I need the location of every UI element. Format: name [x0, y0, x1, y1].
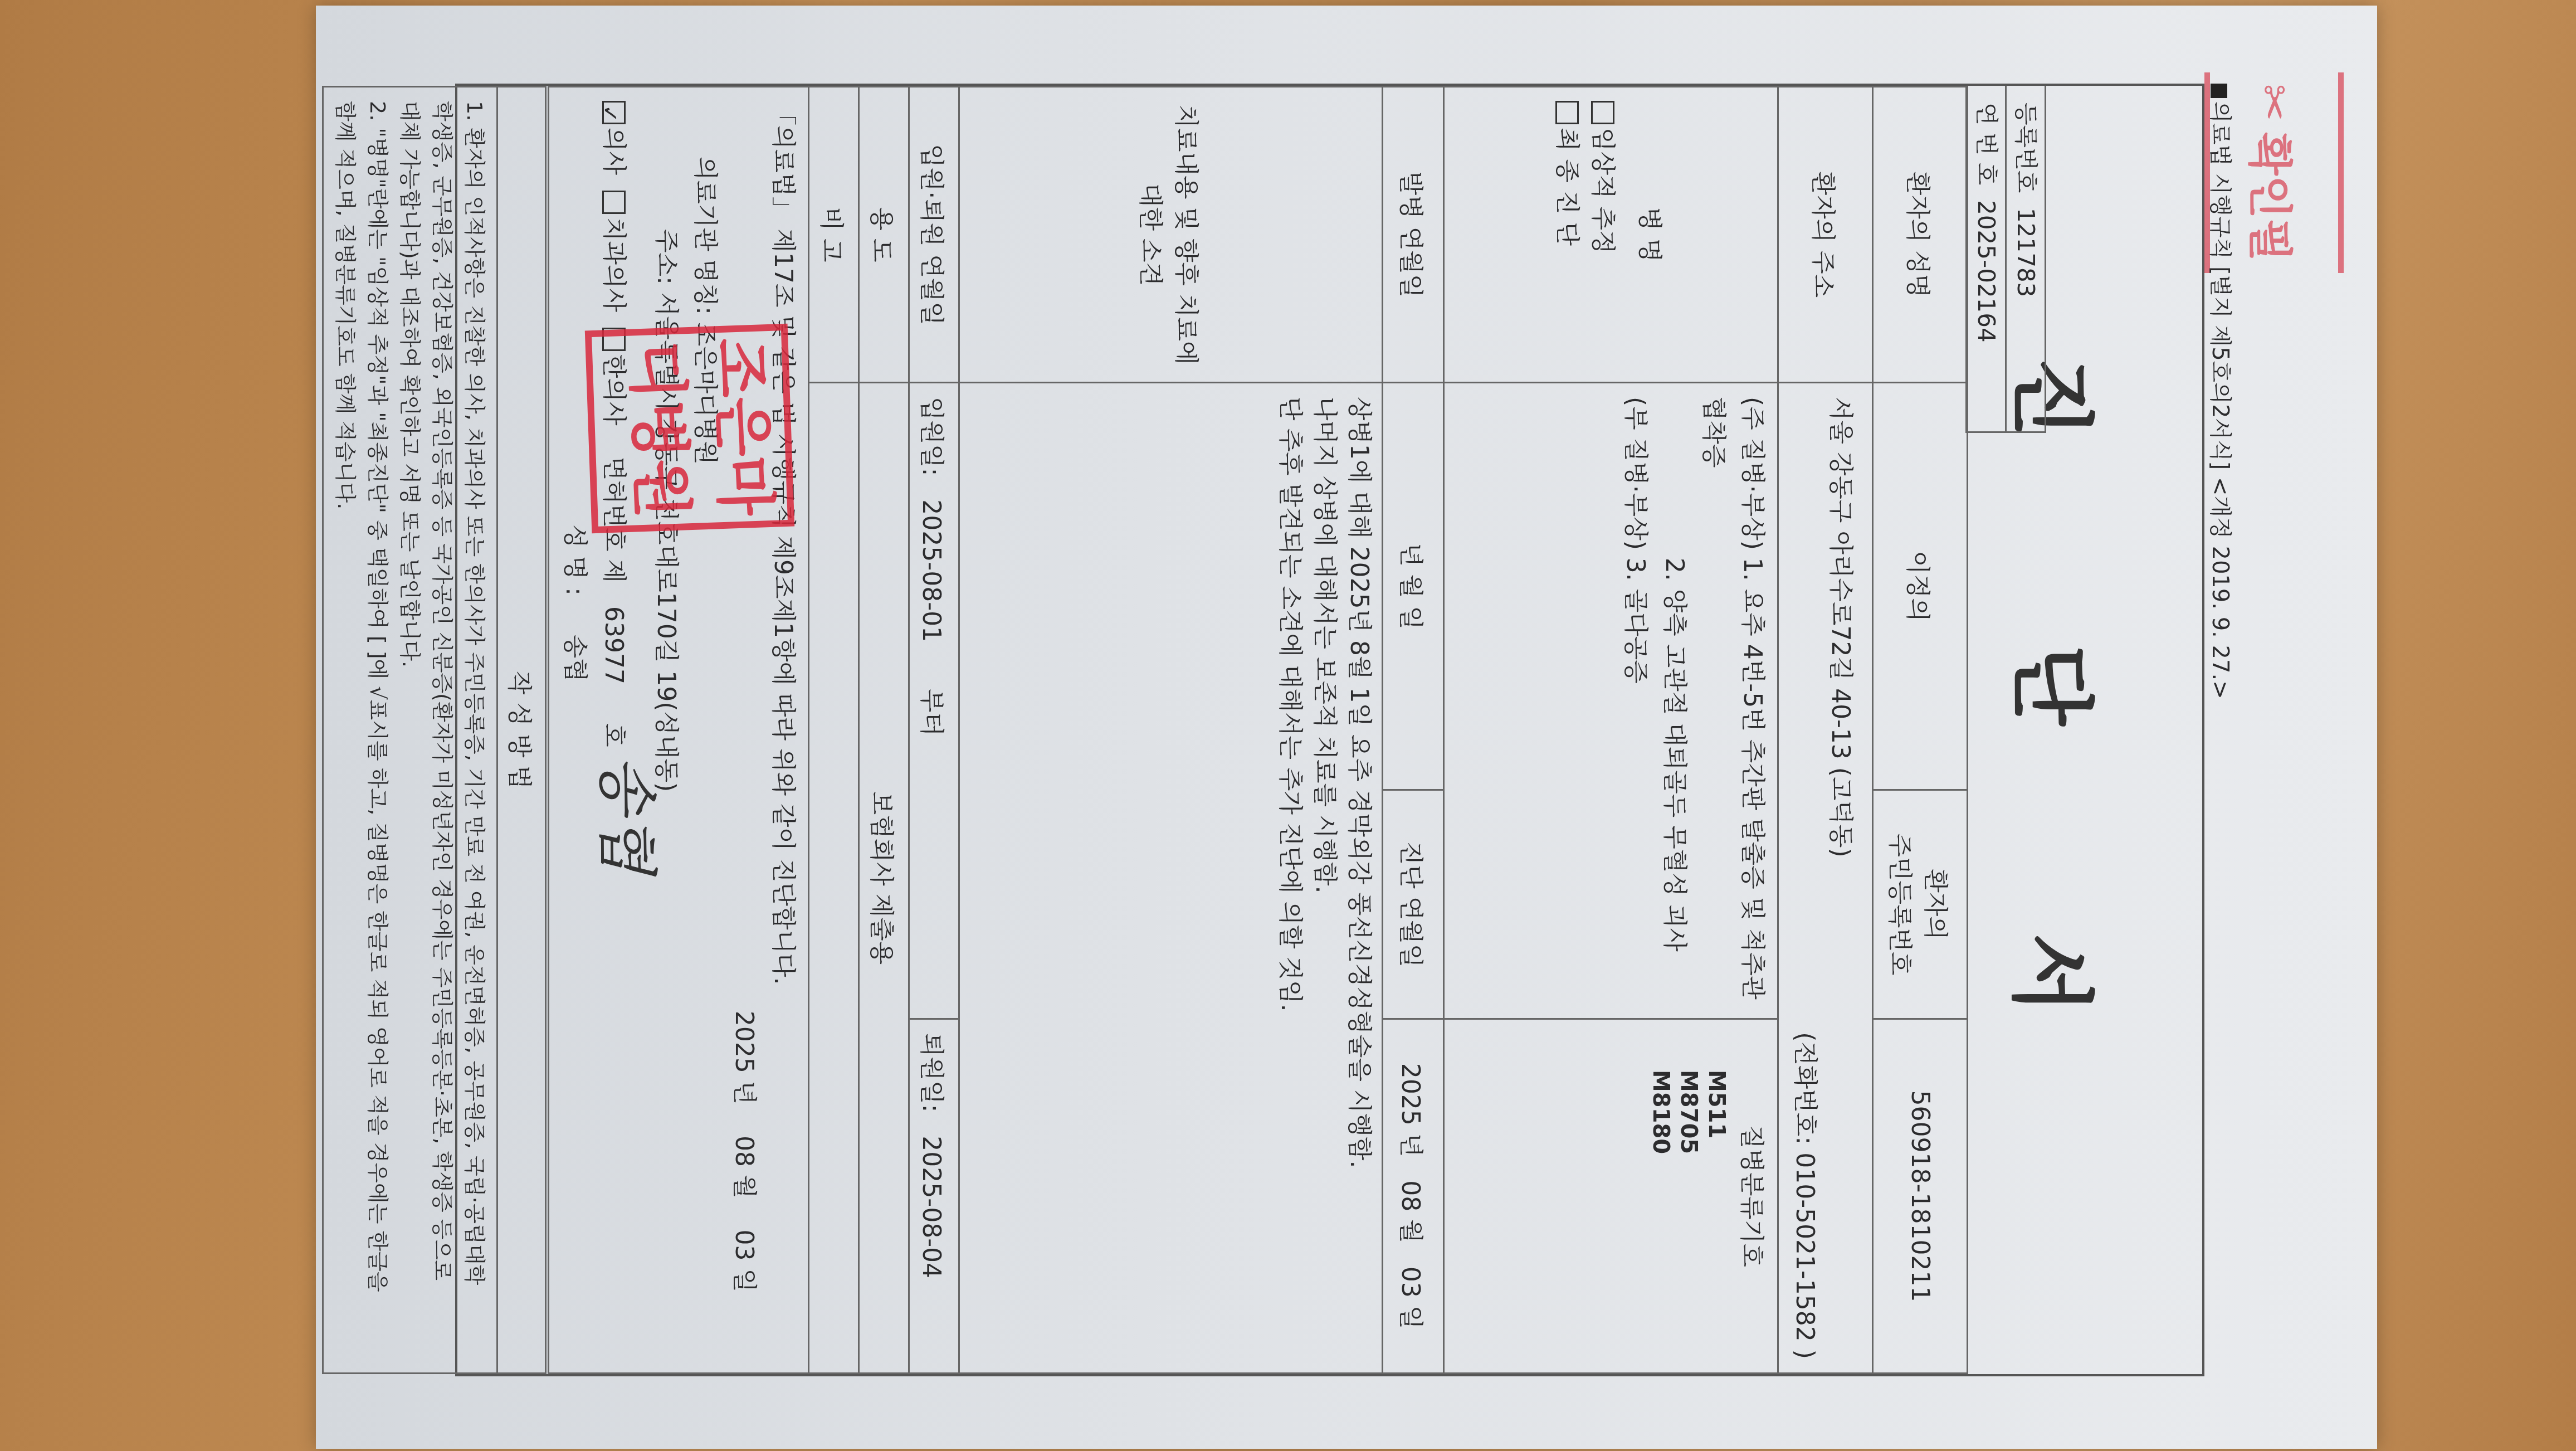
- patient-address-cell: 서울 강동구 아리수로72길 40-13 (고덕동) (전화번호: 010-50…: [1778, 383, 1873, 1374]
- remarks-value: [809, 383, 859, 1374]
- diagnosis-label: 병 명: [1635, 101, 1670, 368]
- registration-number: 등록번호 121783: [2005, 86, 2045, 431]
- square-bullet-icon: [2211, 84, 2227, 98]
- treatment-row: 치료내용 및 향후 치료에 대한 소견 상병1에 대해 2025년 8월 1일 …: [959, 87, 1383, 1374]
- serial-number: 연 번 호 2025-02164: [1967, 86, 2005, 431]
- instructions-row: 1. 환자의 인적사항은 진찰한 의사, 치과의사 또는 한의사가 주민등록증,…: [323, 87, 497, 1374]
- discharge-date: 퇴원일: 2025-08-04: [909, 1019, 959, 1374]
- diag-date-label: 진단 연월일: [1383, 790, 1444, 1019]
- onset-row: 발병 연월일 년 월 일 진단 연월일 2025 년 08 월 03 일: [1383, 87, 1444, 1374]
- remarks-label: 비 고: [809, 87, 859, 383]
- doctor-signature: 송협: [591, 754, 662, 873]
- onset-label: 발병 연월일: [1383, 87, 1444, 383]
- final-diagnosis-checkbox[interactable]: [1556, 101, 1579, 124]
- treatment-text: 상병1에 대해 2025년 8월 1일 요추 경막외강 풍선신경성형술을 시행함…: [959, 383, 1383, 1374]
- license-line: 의사 치과의사 한의사 면허번호 제 63977 호 송협: [594, 101, 646, 1359]
- diag-date: 2025 년 08 월 03 일: [1383, 1019, 1444, 1374]
- diagnosis-item: 2. 양측 고관절 대퇴골두 무혈성 괴사: [1660, 558, 1689, 952]
- statement-text: 「의료법」 제17조 및 같은 법 시행규칙 제9조제1항에 따라 위와 같이 …: [763, 101, 802, 1359]
- statement-cell: 「의료법」 제17조 및 같은 법 시행규칙 제9조제1항에 따라 위와 같이 …: [547, 87, 809, 1374]
- patient-name: 이정의: [1873, 383, 1968, 790]
- scissors-icon: ✂: [2248, 84, 2300, 121]
- diagnosis-item: 3. 골다공증: [1621, 558, 1650, 684]
- statement-date: 2025 년 08 월 03 일: [724, 101, 763, 1359]
- dentist-checkbox[interactable]: [602, 191, 626, 214]
- hospital-seal: 조은마디병원: [585, 324, 794, 533]
- institution-address: 주소: 서울특별시 강동구 천호대로170길 19(성내동): [646, 101, 685, 1359]
- patient-address-label: 환자의 주소: [1778, 87, 1873, 383]
- instructions-title: 작 성 방 법: [497, 87, 548, 1374]
- statement-row: 「의료법」 제17조 및 같은 법 시행규칙 제9조제1항에 따라 위와 같이 …: [547, 87, 809, 1374]
- form-frame: 진 단 서 등록번호 121783 연 번 호 2025-02164 환자의 성…: [455, 84, 2204, 1376]
- remarks-row: 비 고: [809, 87, 859, 1374]
- clinical-estimate-checkbox[interactable]: [1592, 101, 1615, 124]
- institution: 의료기관 명칭: 조은마디병원: [685, 101, 724, 1359]
- disease-code-header: 질병분류기호: [1730, 1020, 1777, 1372]
- purpose-label: 용 도: [859, 87, 909, 383]
- diagnosis-row: 병 명 임상적 추정 최 종 진 단 (주 질병·부상) 1. 요추 4번-5번…: [1444, 87, 1778, 1374]
- patient-rrn-label: 환자의주민등록번호: [1873, 790, 1968, 1019]
- patient-row: 환자의 성명 이정의 환자의주민등록번호 560918-1810211: [1873, 87, 1968, 1374]
- registration-box: 등록번호 121783 연 번 호 2025-02164: [1965, 86, 2046, 433]
- diagnosis-list: (주 질병·부상) 1. 요추 4번-5번 추간판 탈출증 및 척추관 협착증 …: [1444, 383, 1778, 1019]
- doctor-checkbox[interactable]: [602, 101, 626, 124]
- form-reference: 의료법 시행규칙 [별지 제5호의2서식] <개정 2019. 9. 27.>: [2206, 84, 2238, 699]
- disease-codes-cell: 질병분류기호 M511 M8705 M8180: [1444, 1019, 1778, 1374]
- admission-label: 입원·퇴원 연월일: [909, 87, 959, 383]
- instructions-text: 1. 환자의 인적사항은 진찰한 의사, 치과의사 또는 한의사가 주민등록증,…: [323, 87, 497, 1374]
- diagnosis-certificate-paper: ✂ 확인필 의료법 시행규칙 [별지 제5호의2서식] <개정 2019. 9.…: [316, 6, 2377, 1449]
- purpose-value: 보험회사 제출용: [859, 383, 909, 1374]
- purpose-row: 용 도 보험회사 제출용: [859, 87, 909, 1374]
- patient-address: 서울 강동구 아리수로72길 40-13 (고덕동): [1826, 397, 1861, 1359]
- certificate-table: 환자의 성명 이정의 환자의주민등록번호 560918-1810211 환자의 …: [322, 86, 1968, 1374]
- patient-name-label: 환자의 성명: [1873, 87, 1968, 383]
- patient-phone: (전화번호: 010-5021-1582 ): [1790, 397, 1826, 1359]
- admission-dates: 입원일: 2025-08-01 부터: [909, 383, 959, 1019]
- doctor-name-line: 성 명 : 송협: [555, 101, 594, 1359]
- admission-row: 입원·퇴원 연월일 입원일: 2025-08-01 부터 퇴원일: 2025-0…: [909, 87, 959, 1374]
- instructions-title-row: 작 성 방 법: [497, 87, 548, 1374]
- onset-value: 년 월 일: [1383, 383, 1444, 790]
- patient-rrn: 560918-1810211: [1873, 1019, 1968, 1374]
- disease-codes: M511 M8705 M8180: [1647, 1020, 1730, 1372]
- treatment-label: 치료내용 및 향후 치료에 대한 소견: [959, 87, 1383, 383]
- diagnosis-label-cell: 병 명 임상적 추정 최 종 진 단: [1444, 87, 1778, 383]
- address-row: 환자의 주소 서울 강동구 아리수로72길 40-13 (고덕동) (전화번호:…: [1778, 87, 1873, 1374]
